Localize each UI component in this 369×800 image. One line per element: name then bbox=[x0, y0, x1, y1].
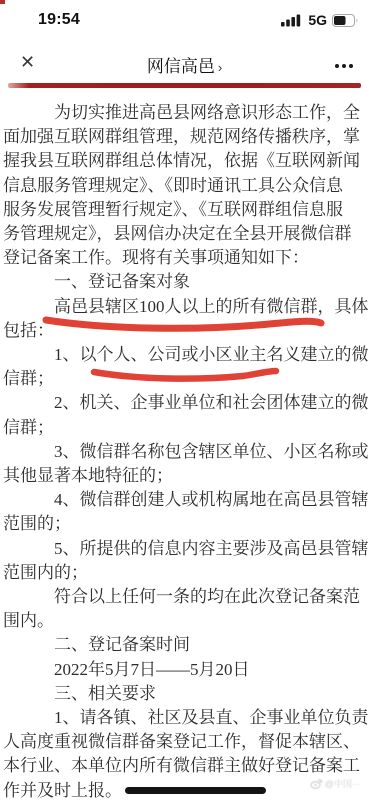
doc-line: 登记备案工作。现将有关事项通知如下： bbox=[0, 246, 369, 270]
doc-line: 3、微信群名称包含辖区单位、小区名称或 bbox=[0, 440, 369, 464]
chevron-right-icon: › bbox=[218, 60, 222, 75]
signal-strength-icon bbox=[281, 14, 303, 27]
weibo-icon bbox=[310, 778, 323, 789]
doc-line: 范围的； bbox=[0, 512, 369, 536]
doc-line: 为切实推进高邑县网络意识形态工作，全 bbox=[0, 101, 369, 125]
network-type-label: 5G bbox=[308, 12, 327, 28]
doc-line: 5、所提供的信息内容主要涉及高邑县管辖 bbox=[0, 537, 369, 561]
doc-line: 高邑县辖区100人以上的所有微信群，具体 bbox=[0, 295, 369, 319]
doc-line: 信息服务管理规定》、《即时通讯工具公众信息 bbox=[0, 174, 369, 198]
doc-line: 4、微信群创建人或机构属地在高邑县管辖 bbox=[0, 488, 369, 512]
doc-line: 2、机关、企事业单位和社会团体建立的微 bbox=[0, 391, 369, 415]
doc-heading: 二、登记备案时间 bbox=[0, 633, 369, 657]
battery-icon bbox=[332, 14, 359, 27]
doc-line: 围内。 bbox=[0, 609, 369, 633]
more-icon[interactable] bbox=[335, 60, 353, 72]
doc-line: 信群； bbox=[0, 416, 369, 440]
doc-line: 本行业、本单位内所有微信群主做好登记备案工 bbox=[0, 754, 369, 778]
doc-heading: 一、登记备案对象 bbox=[0, 270, 369, 294]
wechat-article-screen: 19:54 5G ✕ 网信高邑› 为切实推进高邑县 bbox=[0, 0, 369, 800]
doc-line: 符合以上任何一条的均在此次登记备案范 bbox=[0, 585, 369, 609]
doc-line: 信群； bbox=[0, 367, 369, 391]
article-body[interactable]: 为切实推进高邑县网络意识形态工作，全 面加强互联网群组管理，规范网络传播秩序，掌… bbox=[0, 101, 369, 800]
doc-line: 1、以个人、公司或小区业主名义建立的微 bbox=[0, 343, 369, 367]
red-corner-mark bbox=[0, 0, 5, 4]
clock: 19:54 bbox=[38, 11, 80, 29]
doc-line: 握我县互联网群组总体情况，依据《互联网新闻 bbox=[0, 149, 369, 173]
doc-heading: 三、相关要求 bbox=[0, 682, 369, 706]
redaction-bar bbox=[125, 787, 266, 794]
doc-line: 其他显著本地特征的； bbox=[0, 464, 369, 488]
weibo-watermark: @中国··· bbox=[310, 777, 361, 790]
account-title[interactable]: 网信高邑› bbox=[0, 52, 369, 77]
watermark-text: @中国··· bbox=[325, 777, 361, 790]
nav-bar: ✕ 网信高邑› bbox=[0, 44, 369, 82]
status-bar: 19:54 5G bbox=[0, 0, 369, 44]
doc-line: 1、请各镇、社区及县直、企事业单位负责 bbox=[0, 706, 369, 730]
doc-line: 范围内的； bbox=[0, 561, 369, 585]
doc-line: 人高度重视微信群备案登记工作，督促本辖区、 bbox=[0, 730, 369, 754]
scanned-page-red-rule bbox=[8, 83, 361, 88]
doc-line: 面加强互联网群组管理，规范网络传播秩序，掌 bbox=[0, 125, 369, 149]
doc-line: 服务发展管理暂行规定》、《互联网群组信息服 bbox=[0, 198, 369, 222]
doc-line-text: 作并及时上报。 bbox=[3, 781, 122, 800]
doc-line: 务管理规定》，县网信办决定在全县开展微信群 bbox=[0, 222, 369, 246]
doc-line: 包括： bbox=[0, 319, 369, 343]
account-title-label: 网信高邑 bbox=[147, 57, 215, 76]
doc-line: 2022年5月7日——5月20日 bbox=[0, 658, 369, 682]
